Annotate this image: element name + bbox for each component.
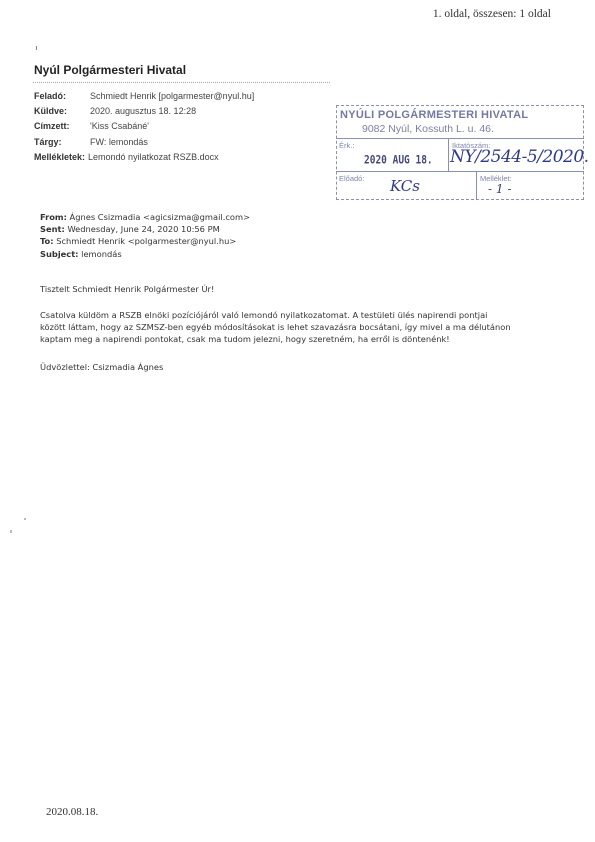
meta-label: Feladó: — [34, 89, 90, 104]
meta-label: Címzett: — [34, 119, 90, 134]
meta-row-subject: Tárgy: FW: lemondás — [34, 135, 254, 150]
stamp-divider — [336, 138, 584, 139]
handwritten-file-number: NY/2544-5/2020. — [450, 147, 589, 167]
from-label: From: — [40, 212, 67, 222]
handwritten-handler-signature: KCs — [390, 177, 420, 195]
meta-row-recipient: Címzett: 'Kiss Csabáné' — [34, 119, 254, 134]
footer-date: 2020.08.18. — [46, 806, 98, 818]
sent-value: Wednesday, June 24, 2020 10:56 PM — [67, 224, 219, 234]
stamp-org-name: NYÚLI POLGÁRMESTERI HIVATAL — [340, 109, 528, 121]
stamp-divider — [476, 171, 477, 199]
meta-label: Tárgy: — [34, 135, 90, 150]
stamp-received-date: 2020 AUG 18. — [364, 154, 433, 168]
from-value: Ágnes Csizmadia <agicsizma@gmail.com> — [70, 212, 250, 222]
meta-value-sent: 2020. augusztus 18. 12:28 — [90, 104, 196, 119]
sent-label: Sent: — [40, 224, 65, 234]
greeting: Tisztelt Schmiedt Henrik Polgármester Úr… — [40, 283, 214, 295]
to-label: To: — [40, 236, 54, 246]
subject-label: Subject: — [40, 249, 79, 259]
subject-value: lemondás — [81, 249, 122, 259]
stamp-divider — [448, 138, 449, 172]
closing: Üdvözlettel: Csizmadia Ágnes — [40, 361, 163, 373]
stamp-address: 9082 Nyúl, Kossuth L. u. 46. — [362, 123, 494, 135]
forwarded-to: To: Schmiedt Henrik <polgarmester@nyul.h… — [40, 235, 250, 247]
paragraph-line: között láttam, hogy az SZMSZ-ben egyéb m… — [40, 321, 511, 333]
meta-label: Küldve: — [34, 104, 90, 119]
meta-row-sender: Feladó: Schmiedt Henrik [polgarmester@ny… — [34, 89, 254, 104]
body-paragraph: Csatolva küldöm a RSZB elnöki pozíciójár… — [40, 309, 511, 346]
stamp-handler-label: Előadó: — [339, 174, 364, 183]
registry-stamp: NYÚLI POLGÁRMESTERI HIVATAL 9082 Nyúl, K… — [336, 105, 584, 200]
meta-row-sent: Küldve: 2020. augusztus 18. 12:28 — [34, 104, 254, 119]
forwarded-sent: Sent: Wednesday, June 24, 2020 10:56 PM — [40, 223, 250, 235]
stamp-received-label: Érk.: — [339, 141, 354, 150]
forwarded-subject: Subject: lemondás — [40, 248, 250, 260]
to-value: Schmiedt Henrik <polgarmester@nyul.hu> — [56, 236, 236, 246]
meta-row-attachments: Mellékletek: Lemondó nyilatkozat RSZB.do… — [34, 150, 254, 165]
meta-value-subject: FW: lemondás — [90, 135, 148, 150]
stamp-divider — [336, 171, 584, 172]
meta-label: Mellékletek: — [34, 150, 85, 165]
forwarded-from: From: Ágnes Csizmadia <agicsizma@gmail.c… — [40, 211, 250, 223]
attachment-link[interactable]: Lemondó nyilatkozat RSZB.docx — [88, 150, 219, 165]
meta-value-sender: Schmiedt Henrik [polgarmester@nyul.hu] — [90, 89, 254, 104]
title-divider — [33, 82, 330, 83]
organization-title: Nyúl Polgármesteri Hivatal — [34, 63, 186, 77]
meta-value-recipient: 'Kiss Csabáné' — [90, 119, 149, 134]
scan-speck — [10, 530, 12, 533]
scan-speck — [36, 46, 37, 50]
forwarded-header: From: Ágnes Csizmadia <agicsizma@gmail.c… — [40, 211, 250, 260]
page-pagination: 1. oldal, összesen: 1 oldal — [433, 8, 551, 20]
email-metadata: Feladó: Schmiedt Henrik [polgarmester@ny… — [34, 89, 254, 165]
paragraph-line: Csatolva küldöm a RSZB elnöki pozíciójár… — [40, 309, 511, 321]
handwritten-attachments-count: - 1 - — [488, 182, 511, 196]
scan-speck — [24, 518, 26, 520]
paragraph-line: kaptam meg a napirendi pontokat, csak ma… — [40, 333, 511, 345]
